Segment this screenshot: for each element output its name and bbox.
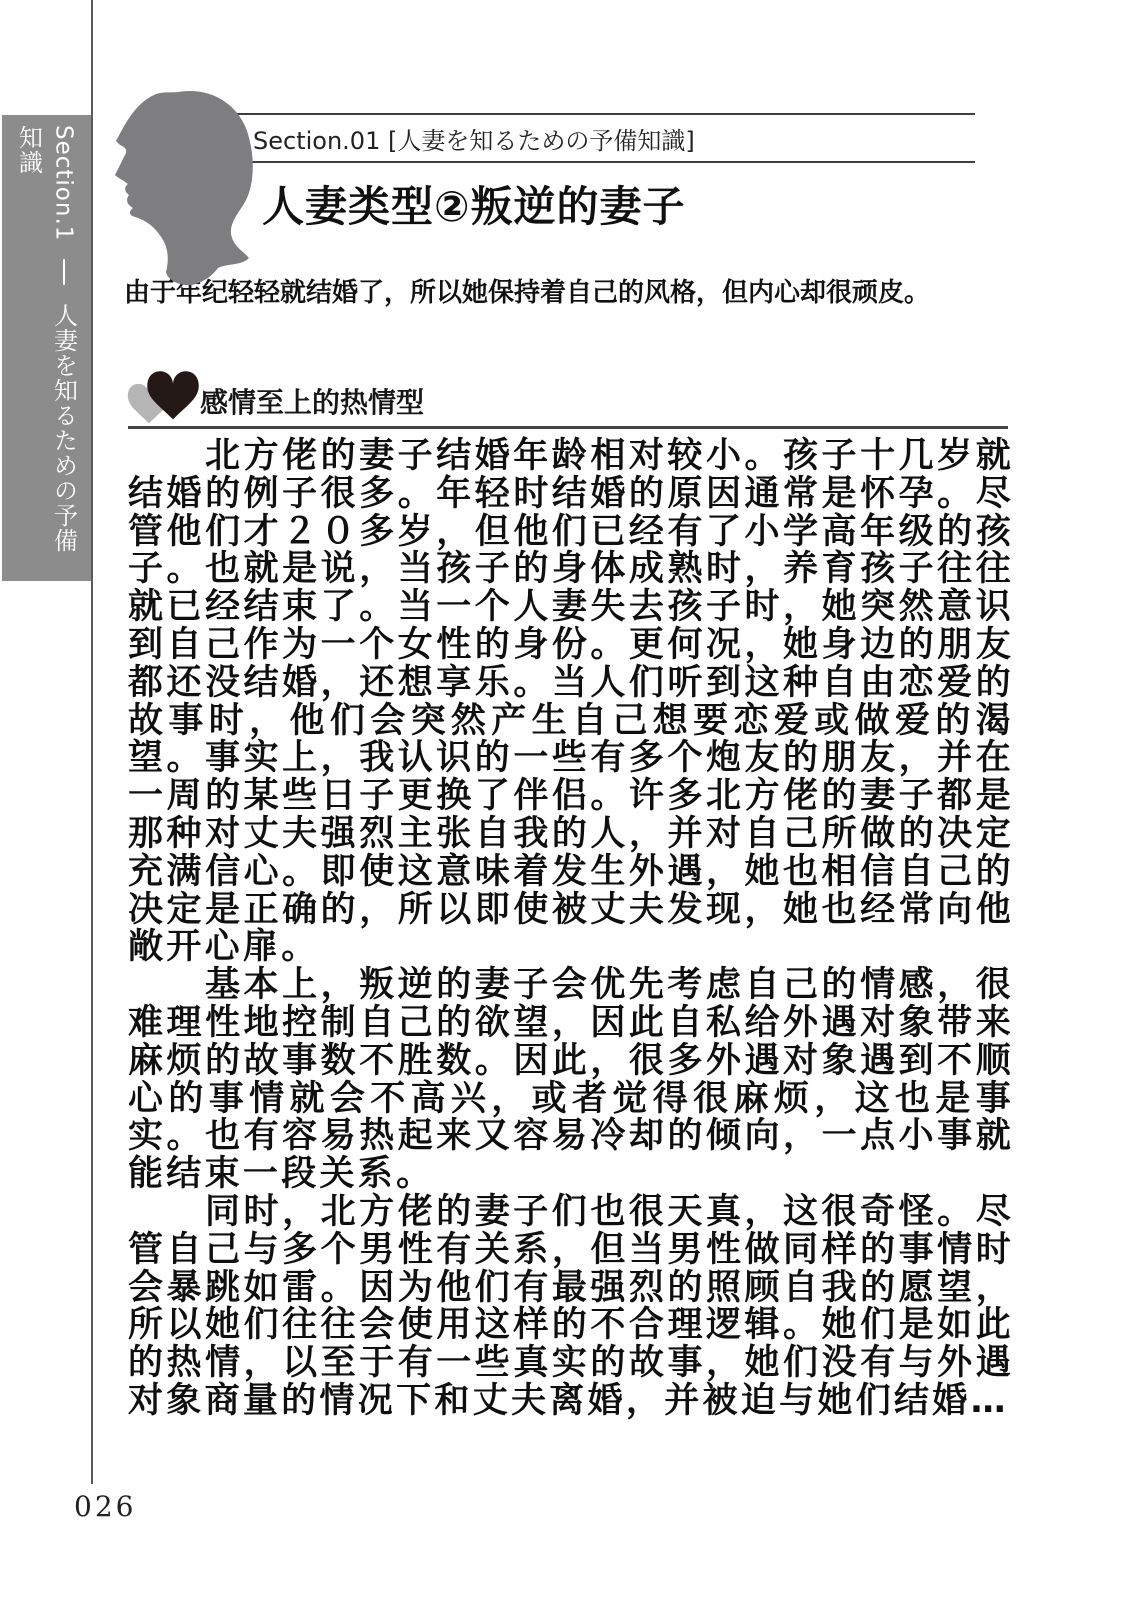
left-vertical-rule <box>91 0 93 1484</box>
body-text-block: 北方佬的妻子结婚年龄相对较小。孩子十几岁就结婚的例子很多。年轻时结婚的原因通常是… <box>128 438 1014 1421</box>
book-page: Section.1 人妻を知るための予備知識 Section.01 [人妻を知る… <box>0 0 1128 1600</box>
header-rule-bottom <box>230 161 975 163</box>
double-heart-icon <box>122 369 202 433</box>
sidebar-section-label: Section.1 <box>51 125 77 241</box>
section-header-text: Section.01 [人妻を知るための予備知識] <box>253 121 695 156</box>
header-rule-top <box>230 113 975 115</box>
section-heading-underline <box>128 426 1008 429</box>
sidebar-divider-line <box>63 259 65 285</box>
body-paragraph: 北方佬的妻子结婚年龄相对较小。孩子十几岁就结婚的例子很多。年轻时结婚的原因通常是… <box>128 438 1014 967</box>
body-paragraph: 基本上，叛逆的妻子会优先考虑自己的情感，很难理性地控制自己的欲望，因此自私给外遇… <box>128 967 1014 1194</box>
body-paragraph: 同时，北方佬的妻子们也很天真，这很奇怪。尽管自己与多个男性有关系，但当男性做同样… <box>128 1194 1014 1421</box>
page-number: 026 <box>74 1490 136 1523</box>
woman-profile-silhouette-icon <box>112 88 257 286</box>
section-sidebar: Section.1 人妻を知るための予備知識 <box>2 115 91 581</box>
section-heading-label: 感情至上的热情型 <box>200 381 424 421</box>
sidebar-vertical-text: Section.1 人妻を知るための予備知識 <box>12 115 82 577</box>
page-title: 人妻类型②叛逆的妻子 <box>262 174 686 234</box>
